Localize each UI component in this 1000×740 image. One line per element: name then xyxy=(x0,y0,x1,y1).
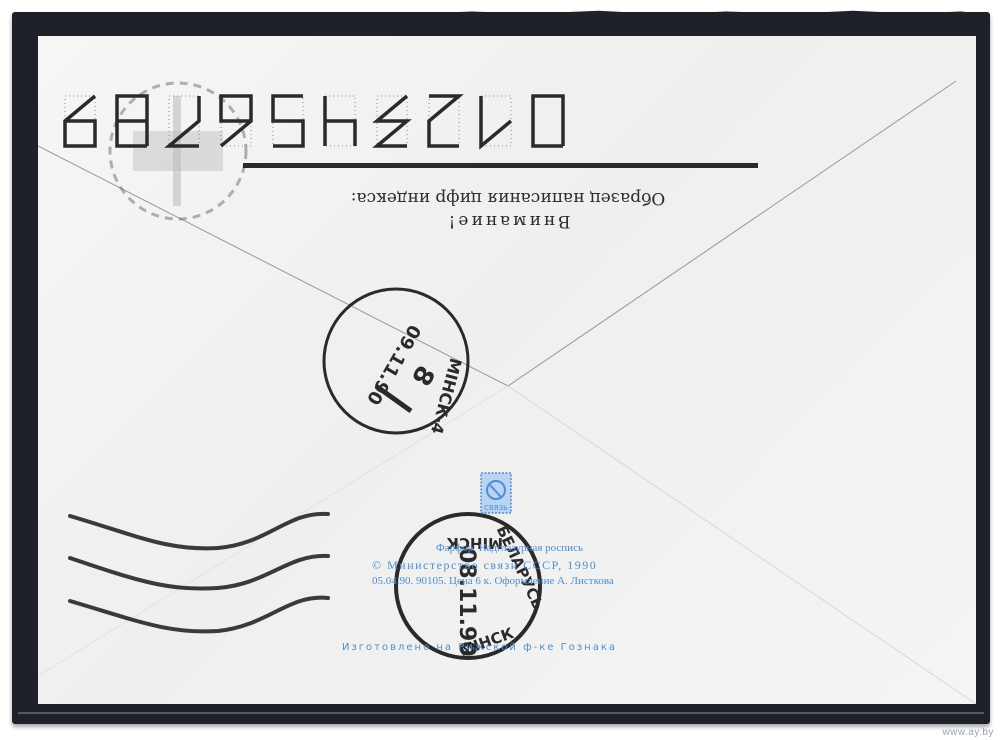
wavy-cancellation xyxy=(70,514,328,632)
envelope-drawing: МІНСК-4 09.11.90 8 08.11.90 МІНСК БЕЛАРУ… xyxy=(38,36,976,704)
bottom-postmark: 08.11.90 МІНСК БЕЛАРУСЬ МІНСК xyxy=(396,514,547,660)
border-highlight xyxy=(18,712,984,714)
envelope-back: МІНСК-4 09.11.90 8 08.11.90 МІНСК БЕЛАРУ… xyxy=(38,36,976,704)
notice-line1: Внимание! xyxy=(428,211,588,231)
imprint-line4: Изготовлено на Рижской ф-ке Гознака xyxy=(342,642,617,653)
imprint-line2: © Министерство связи СССР, 1990 xyxy=(372,558,597,573)
watermark: www.ay.by xyxy=(942,727,994,738)
imprint-line1: Фарфор. Надглазурная роспись xyxy=(436,542,583,554)
svg-text:8: 8 xyxy=(405,360,440,391)
hammer-and-sickle-stamp-logo: СВЯЗЬ xyxy=(481,473,511,513)
center-postmark: МІНСК-4 09.11.90 8 xyxy=(324,289,468,436)
notice-line2: Образец написания цифр индекса: xyxy=(298,188,718,208)
svg-text:СВЯЗЬ: СВЯЗЬ xyxy=(484,504,508,512)
flap-fold-right xyxy=(508,81,956,386)
imprint-line3: 05.04.90. 90105. Цена 6 к. Оформление А.… xyxy=(372,575,614,587)
faded-postmark xyxy=(110,83,246,219)
flap-fold-left xyxy=(38,146,508,386)
index-underline xyxy=(243,163,758,168)
